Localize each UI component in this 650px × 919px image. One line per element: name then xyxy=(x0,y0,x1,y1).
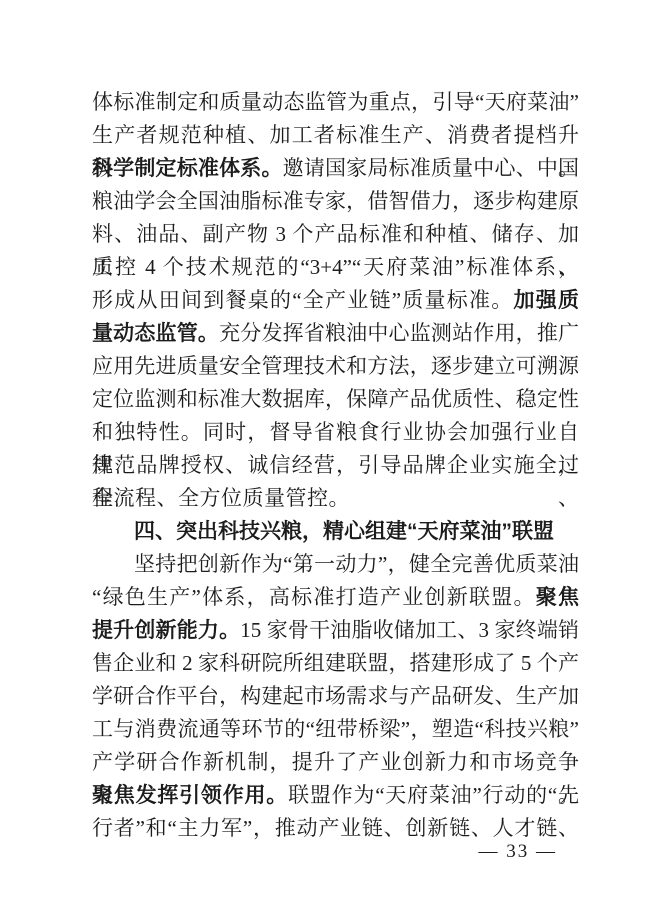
section-heading: 四、突出科技兴粮，精心组建“天府菜油”联盟 xyxy=(92,515,579,548)
body-text: 行者”和“主力军”，推动产业链、创新链、人才链、 xyxy=(92,816,579,840)
text-line: 提升创新能力。15 家骨干油脂收储加工、3 家终端销 xyxy=(92,614,579,647)
text-line: 售企业和 2 家科研院所组建联盟，搭建形成了 5 个产 xyxy=(92,647,579,680)
emphasis-text: 科学制定标准体系。 xyxy=(92,156,283,180)
text-line: 定位监测和标准大数据库，保障产品优质性、稳定性 xyxy=(92,383,579,416)
body-text: 应用先进质量安全管理技术和方法，逐步建立可溯源 xyxy=(92,354,579,378)
text-line: 科学制定标准体系。邀请国家局标准质量中心、中国 xyxy=(92,152,579,185)
text-line: 工与消费流通等环节的“纽带桥梁”，塑造“科技兴粮” xyxy=(92,713,579,746)
body-text: 邀请国家局标准质量中心、中国 xyxy=(283,156,579,180)
text-line: 应用先进质量安全管理技术和方法，逐步建立可溯源 xyxy=(92,350,579,383)
body-text: 工与消费流通等环节的“纽带桥梁”，塑造“科技兴粮” xyxy=(92,717,579,741)
text-line: 聚焦发挥引领作用。联盟作为“天府菜油”行动的“先 xyxy=(92,779,579,812)
emphasis-text: 聚焦 xyxy=(536,585,579,609)
body-text: 质控 4 个技术规范的“3+4”“天府菜油”标准体系， xyxy=(92,255,579,279)
emphasis-text: 提升创新能力。 xyxy=(92,618,240,642)
text-line: 形成从田间到餐桌的“全产业链”质量标准。加强质 xyxy=(92,284,579,317)
text-line: 规范品牌授权、诚信经营，引导品牌企业实施全过程、 xyxy=(92,449,579,482)
text-line: 料、油品、副产物 3 个产品标准和种植、储存、加工、 xyxy=(92,218,579,251)
emphasis-text: 聚焦发挥引领作用。 xyxy=(92,783,288,807)
body-text: 定位监测和标准大数据库，保障产品优质性、稳定性 xyxy=(92,387,579,411)
text-line: 体标准制定和质量动态监管为重点，引导“天府菜油” xyxy=(92,86,579,119)
document-page: 体标准制定和质量动态监管为重点，引导“天府菜油”生产者规范种植、加工者标准生产、… xyxy=(0,0,650,919)
emphasis-text: 加强质 xyxy=(514,288,580,312)
body-text: “绿色生产”体系，高标准打造产业创新联盟。 xyxy=(92,585,536,609)
body-text: 充分发挥省粮油中心监测站作用，推广 xyxy=(219,321,579,345)
body-text: 形成从田间到餐桌的“全产业链”质量标准。 xyxy=(92,288,514,312)
text-line: 粮油学会全国油脂标准专家，借智借力，逐步构建原 xyxy=(92,185,579,218)
text-line: “绿色生产”体系，高标准打造产业创新联盟。聚焦 xyxy=(92,581,579,614)
body-text: 售企业和 2 家科研院所组建联盟，搭建形成了 5 个产 xyxy=(92,651,579,675)
text-line: 量动态监管。充分发挥省粮油中心监测站作用，推广 xyxy=(92,317,579,350)
body-text: 15 家骨干油脂收储加工、3 家终端销 xyxy=(240,618,579,642)
emphasis-text: 四、突出科技兴粮，精心组建“天府菜油”联盟 xyxy=(134,520,554,543)
text-line: 质控 4 个技术规范的“3+4”“天府菜油”标准体系， xyxy=(92,251,579,284)
body-text: 全流程、全方位质量管控。 xyxy=(92,486,350,510)
emphasis-text: 量动态监管。 xyxy=(92,321,219,345)
text-line: 学研合作平台，构建起市场需求与产品研发、生产加 xyxy=(92,680,579,713)
text-line: 坚持把创新作为“第一动力”，健全完善优质菜油 xyxy=(92,548,579,581)
text-line: 和独特性。同时，督导省粮食行业协会加强行业自律， xyxy=(92,416,579,449)
text-line: 生产者规范种植、加工者标准生产、消费者提档升级。 xyxy=(92,119,579,152)
body-text: 体标准制定和质量动态监管为重点，引导“天府菜油” xyxy=(92,90,579,114)
body-text: 学研合作平台，构建起市场需求与产品研发、生产加 xyxy=(92,684,579,708)
body-text: 联盟作为“天府菜油”行动的“先 xyxy=(288,783,579,807)
page-number: — 33 — xyxy=(479,841,558,863)
document-body: 体标准制定和质量动态监管为重点，引导“天府菜油”生产者规范种植、加工者标准生产、… xyxy=(92,86,579,845)
text-line: 产学研合作新机制，提升了产业创新力和市场竞争力。 xyxy=(92,746,579,779)
body-text: 坚持把创新作为“第一动力”，健全完善优质菜油 xyxy=(134,552,579,576)
body-text: 粮油学会全国油脂标准专家，借智借力，逐步构建原 xyxy=(92,189,579,213)
